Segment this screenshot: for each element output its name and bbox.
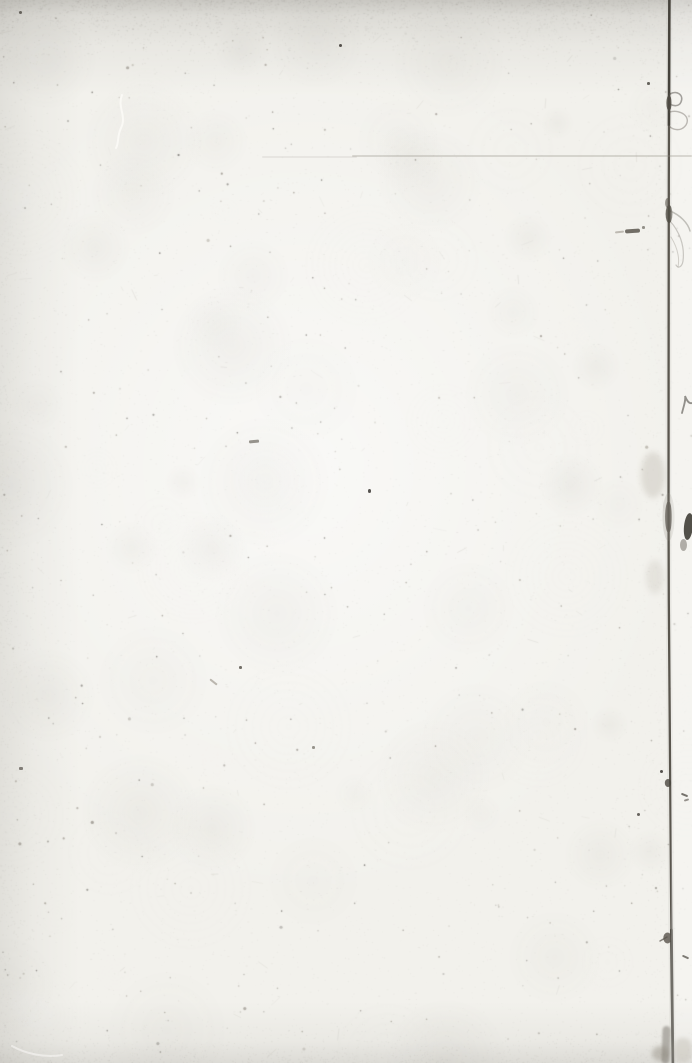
crease-horizontal-faint: [262, 156, 357, 158]
speck-top-center: [339, 44, 342, 47]
edge-blob-mid-tail: [680, 539, 687, 551]
speck-near-thread: [642, 226, 645, 229]
speck-center: [368, 489, 371, 493]
scan-marks-layer: [0, 0, 692, 1063]
blotch-bottom: [652, 1046, 669, 1061]
scanned-blank-page: [0, 0, 692, 1063]
dash-center: [249, 440, 259, 443]
crease-horizontal: [352, 155, 692, 157]
speck-top-left: [19, 11, 22, 14]
speck-right-lower: [637, 813, 640, 816]
gray-wisp-lower: [646, 560, 664, 594]
thread-dash-tail: [615, 231, 624, 234]
speck-right-upper: [647, 82, 650, 85]
scratch-mid-left: [209, 678, 217, 685]
speck-left-lower: [19, 767, 23, 770]
speck-near-line-lower: [660, 770, 663, 773]
speck-mid-left: [239, 666, 242, 669]
speck-mid-lower: [312, 746, 315, 749]
thread-dash: [625, 228, 640, 233]
corner-mottle-bottom-right: [674, 1038, 692, 1063]
gray-wisp-upper: [641, 452, 665, 498]
